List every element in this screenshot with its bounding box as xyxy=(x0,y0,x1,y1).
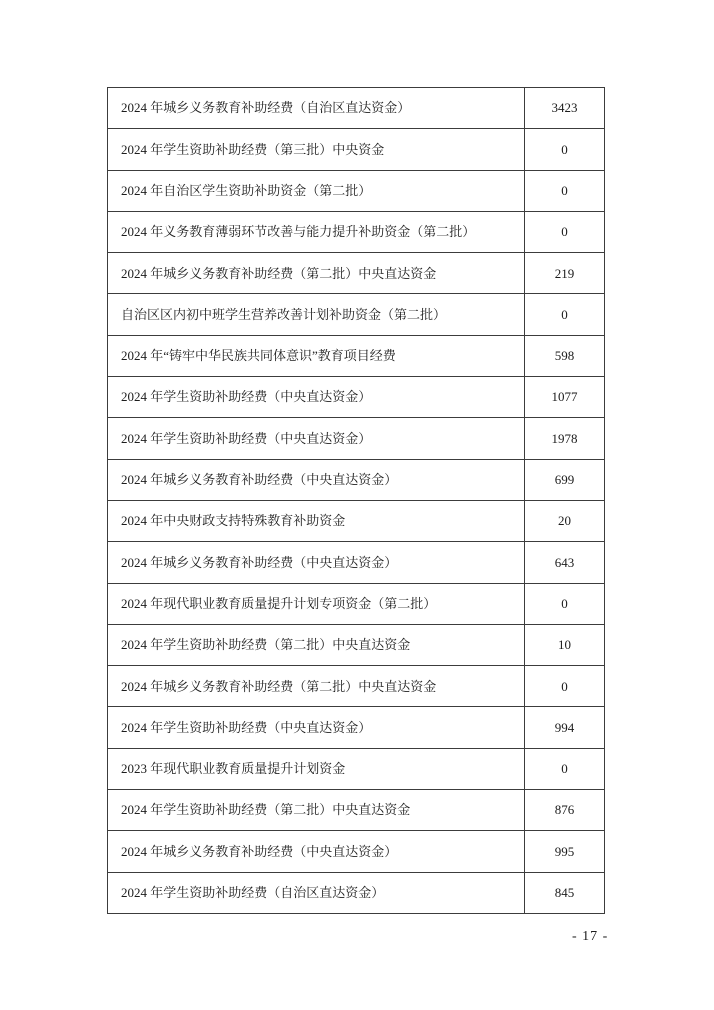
row-value-cell: 699 xyxy=(525,459,605,500)
row-value-cell: 0 xyxy=(525,666,605,707)
table-row: 2024 年城乡义务教育补助经费（中央直达资金）643 xyxy=(108,542,605,583)
row-label-cell: 2024 年学生资助补助经费（自治区直达资金） xyxy=(108,872,525,913)
row-label-cell: 2024 年现代职业教育质量提升计划专项资金（第二批） xyxy=(108,583,525,624)
table-row: 2024 年学生资助补助经费（中央直达资金）1978 xyxy=(108,418,605,459)
row-label-cell: 2024 年学生资助补助经费（第二批）中央直达资金 xyxy=(108,790,525,831)
table-row: 2024 年学生资助补助经费（中央直达资金）1077 xyxy=(108,377,605,418)
row-value-cell: 0 xyxy=(525,748,605,789)
row-label-cell: 2024 年城乡义务教育补助经费（中央直达资金） xyxy=(108,459,525,500)
row-label-cell: 2024 年中央财政支持特殊教育补助资金 xyxy=(108,500,525,541)
row-value-cell: 0 xyxy=(525,294,605,335)
table-row: 2024 年城乡义务教育补助经费（中央直达资金）995 xyxy=(108,831,605,872)
row-label-cell: 2024 年义务教育薄弱环节改善与能力提升补助资金（第二批） xyxy=(108,211,525,252)
table-row: 2024 年学生资助补助经费（第二批）中央直达资金876 xyxy=(108,790,605,831)
table-row: 2024 年学生资助补助经费（第三批）中央资金0 xyxy=(108,129,605,170)
table-row: 2024 年学生资助补助经费（第二批）中央直达资金10 xyxy=(108,624,605,665)
document-page: 2024 年城乡义务教育补助经费（自治区直达资金）34232024 年学生资助补… xyxy=(0,0,714,1010)
row-label-cell: 自治区区内初中班学生营养改善计划补助资金（第二批） xyxy=(108,294,525,335)
table-body: 2024 年城乡义务教育补助经费（自治区直达资金）34232024 年学生资助补… xyxy=(108,88,605,914)
table-row: 2024 年自治区学生资助补助资金（第二批）0 xyxy=(108,170,605,211)
row-value-cell: 20 xyxy=(525,500,605,541)
row-label-cell: 2024 年自治区学生资助补助资金（第二批） xyxy=(108,170,525,211)
row-value-cell: 1077 xyxy=(525,377,605,418)
row-value-cell: 0 xyxy=(525,583,605,624)
row-label-cell: 2024 年学生资助补助经费（中央直达资金） xyxy=(108,707,525,748)
row-label-cell: 2024 年学生资助补助经费（中央直达资金） xyxy=(108,418,525,459)
row-value-cell: 0 xyxy=(525,170,605,211)
row-label-cell: 2024 年城乡义务教育补助经费（中央直达资金） xyxy=(108,831,525,872)
row-value-cell: 10 xyxy=(525,624,605,665)
table-row: 2024 年中央财政支持特殊教育补助资金20 xyxy=(108,500,605,541)
table-row: 自治区区内初中班学生营养改善计划补助资金（第二批）0 xyxy=(108,294,605,335)
row-value-cell: 876 xyxy=(525,790,605,831)
funds-table: 2024 年城乡义务教育补助经费（自治区直达资金）34232024 年学生资助补… xyxy=(107,87,605,914)
row-value-cell: 845 xyxy=(525,872,605,913)
row-label-cell: 2024 年“铸牢中华民族共同体意识”教育项目经费 xyxy=(108,335,525,376)
table-row: 2024 年城乡义务教育补助经费（中央直达资金）699 xyxy=(108,459,605,500)
row-value-cell: 219 xyxy=(525,253,605,294)
row-label-cell: 2024 年城乡义务教育补助经费（第二批）中央直达资金 xyxy=(108,253,525,294)
row-value-cell: 995 xyxy=(525,831,605,872)
table-row: 2024 年城乡义务教育补助经费（自治区直达资金）3423 xyxy=(108,88,605,129)
table-row: 2023 年现代职业教育质量提升计划资金0 xyxy=(108,748,605,789)
row-label-cell: 2024 年学生资助补助经费（中央直达资金） xyxy=(108,377,525,418)
row-label-cell: 2024 年城乡义务教育补助经费（第二批）中央直达资金 xyxy=(108,666,525,707)
table-row: 2024 年学生资助补助经费（自治区直达资金）845 xyxy=(108,872,605,913)
row-value-cell: 0 xyxy=(525,129,605,170)
row-label-cell: 2024 年学生资助补助经费（第三批）中央资金 xyxy=(108,129,525,170)
table-row: 2024 年“铸牢中华民族共同体意识”教育项目经费598 xyxy=(108,335,605,376)
table-row: 2024 年城乡义务教育补助经费（第二批）中央直达资金219 xyxy=(108,253,605,294)
funds-table-container: 2024 年城乡义务教育补助经费（自治区直达资金）34232024 年学生资助补… xyxy=(107,87,605,914)
row-label-cell: 2024 年城乡义务教育补助经费（自治区直达资金） xyxy=(108,88,525,129)
table-row: 2024 年城乡义务教育补助经费（第二批）中央直达资金0 xyxy=(108,666,605,707)
row-label-cell: 2024 年学生资助补助经费（第二批）中央直达资金 xyxy=(108,624,525,665)
row-label-cell: 2023 年现代职业教育质量提升计划资金 xyxy=(108,748,525,789)
row-value-cell: 598 xyxy=(525,335,605,376)
row-value-cell: 643 xyxy=(525,542,605,583)
row-value-cell: 1978 xyxy=(525,418,605,459)
row-value-cell: 994 xyxy=(525,707,605,748)
table-row: 2024 年现代职业教育质量提升计划专项资金（第二批）0 xyxy=(108,583,605,624)
row-value-cell: 3423 xyxy=(525,88,605,129)
table-row: 2024 年义务教育薄弱环节改善与能力提升补助资金（第二批）0 xyxy=(108,211,605,252)
row-value-cell: 0 xyxy=(525,211,605,252)
table-row: 2024 年学生资助补助经费（中央直达资金）994 xyxy=(108,707,605,748)
row-label-cell: 2024 年城乡义务教育补助经费（中央直达资金） xyxy=(108,542,525,583)
page-number: - 17 - xyxy=(572,929,608,945)
